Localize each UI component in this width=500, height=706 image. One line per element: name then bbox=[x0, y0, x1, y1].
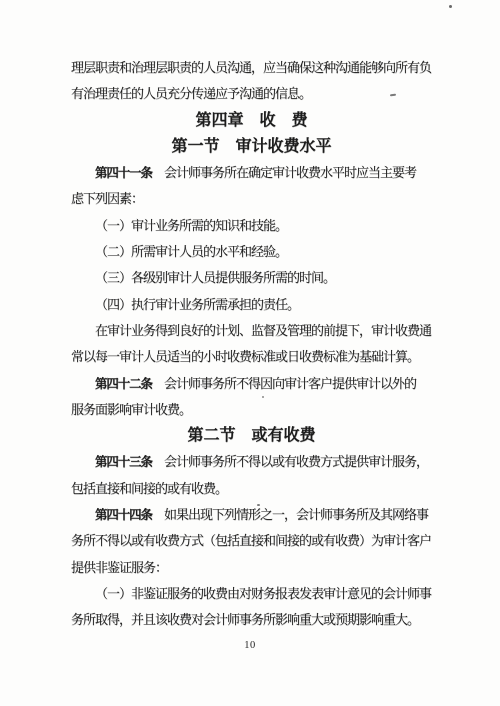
chapter-heading: 第四章 收 费 bbox=[71, 108, 432, 134]
text-line: 第四十二条 会计师事务所不得因向审计客户提供审计以外的 bbox=[71, 371, 432, 397]
section-heading: 第二节 或有收费 bbox=[71, 423, 432, 449]
document-body: 理层职责和治理层职责的人员沟通，应当确保这种沟通能够向所有负有治理责任的人员充分… bbox=[71, 55, 432, 634]
text-line: 常以每一审计人员适当的小时收费标准或日收费标准为基础计算。 bbox=[71, 344, 432, 370]
text-line: 在审计业务得到良好的计划、监督及管理的前提下，审计收费通 bbox=[71, 318, 432, 344]
text-line: （一）非鉴证服务的收费由对财务报表发表审计意见的会计师事 bbox=[71, 581, 432, 607]
text-line: 包括直接和间接的或有收费。 bbox=[71, 476, 432, 502]
scan-speck bbox=[257, 504, 260, 506]
scan-speck bbox=[449, 5, 452, 8]
text-line: 务所不得以或有收费方式（包括直接和间接的或有收费）为审计客户 bbox=[71, 528, 432, 554]
section-heading: 第一节 审计收费水平 bbox=[71, 134, 432, 160]
text-line: 第四十一条 会计师事务所在确定审计收费水平时应当主要考 bbox=[71, 160, 432, 186]
text-line: 虑下列因素： bbox=[71, 186, 432, 212]
text-line: 理层职责和治理层职责的人员沟通，应当确保这种沟通能够向所有负 bbox=[71, 55, 432, 81]
article-number: 第四十一条 bbox=[95, 166, 152, 180]
text-line: 第四十四条 如果出现下列情形之一，会计师事务所及其网络事 bbox=[71, 502, 432, 528]
article-number: 第四十四条 bbox=[95, 508, 152, 522]
text-line: （一）审计业务所需的知识和技能。 bbox=[71, 213, 432, 239]
document-page: 理层职责和治理层职责的人员沟通，应当确保这种沟通能够向所有负有治理责任的人员充分… bbox=[0, 0, 500, 706]
text-line: 务所取得，并且该收费对会计师事务所影响重大或预期影响重大。 bbox=[71, 607, 432, 633]
text-line: （四）执行审计业务所需承担的责任。 bbox=[71, 292, 432, 318]
text-line: 第四十三条 会计师事务所不得以或有收费方式提供审计服务， bbox=[71, 449, 432, 475]
text-line: （三）各级别审计人员提供服务所需的时间。 bbox=[71, 265, 432, 291]
article-number: 第四十三条 bbox=[95, 455, 152, 469]
text-line: 提供非鉴证服务： bbox=[71, 555, 432, 581]
article-number: 第四十二条 bbox=[95, 377, 152, 391]
text-line: （二）所需审计人员的水平和经验。 bbox=[71, 239, 432, 265]
scan-speck bbox=[262, 396, 264, 398]
text-line: 有治理责任的人员充分传递应予沟通的信息。 bbox=[71, 81, 432, 107]
page-number: 10 bbox=[0, 640, 500, 651]
text-line: 服务面影响审计收费。 bbox=[71, 397, 432, 423]
